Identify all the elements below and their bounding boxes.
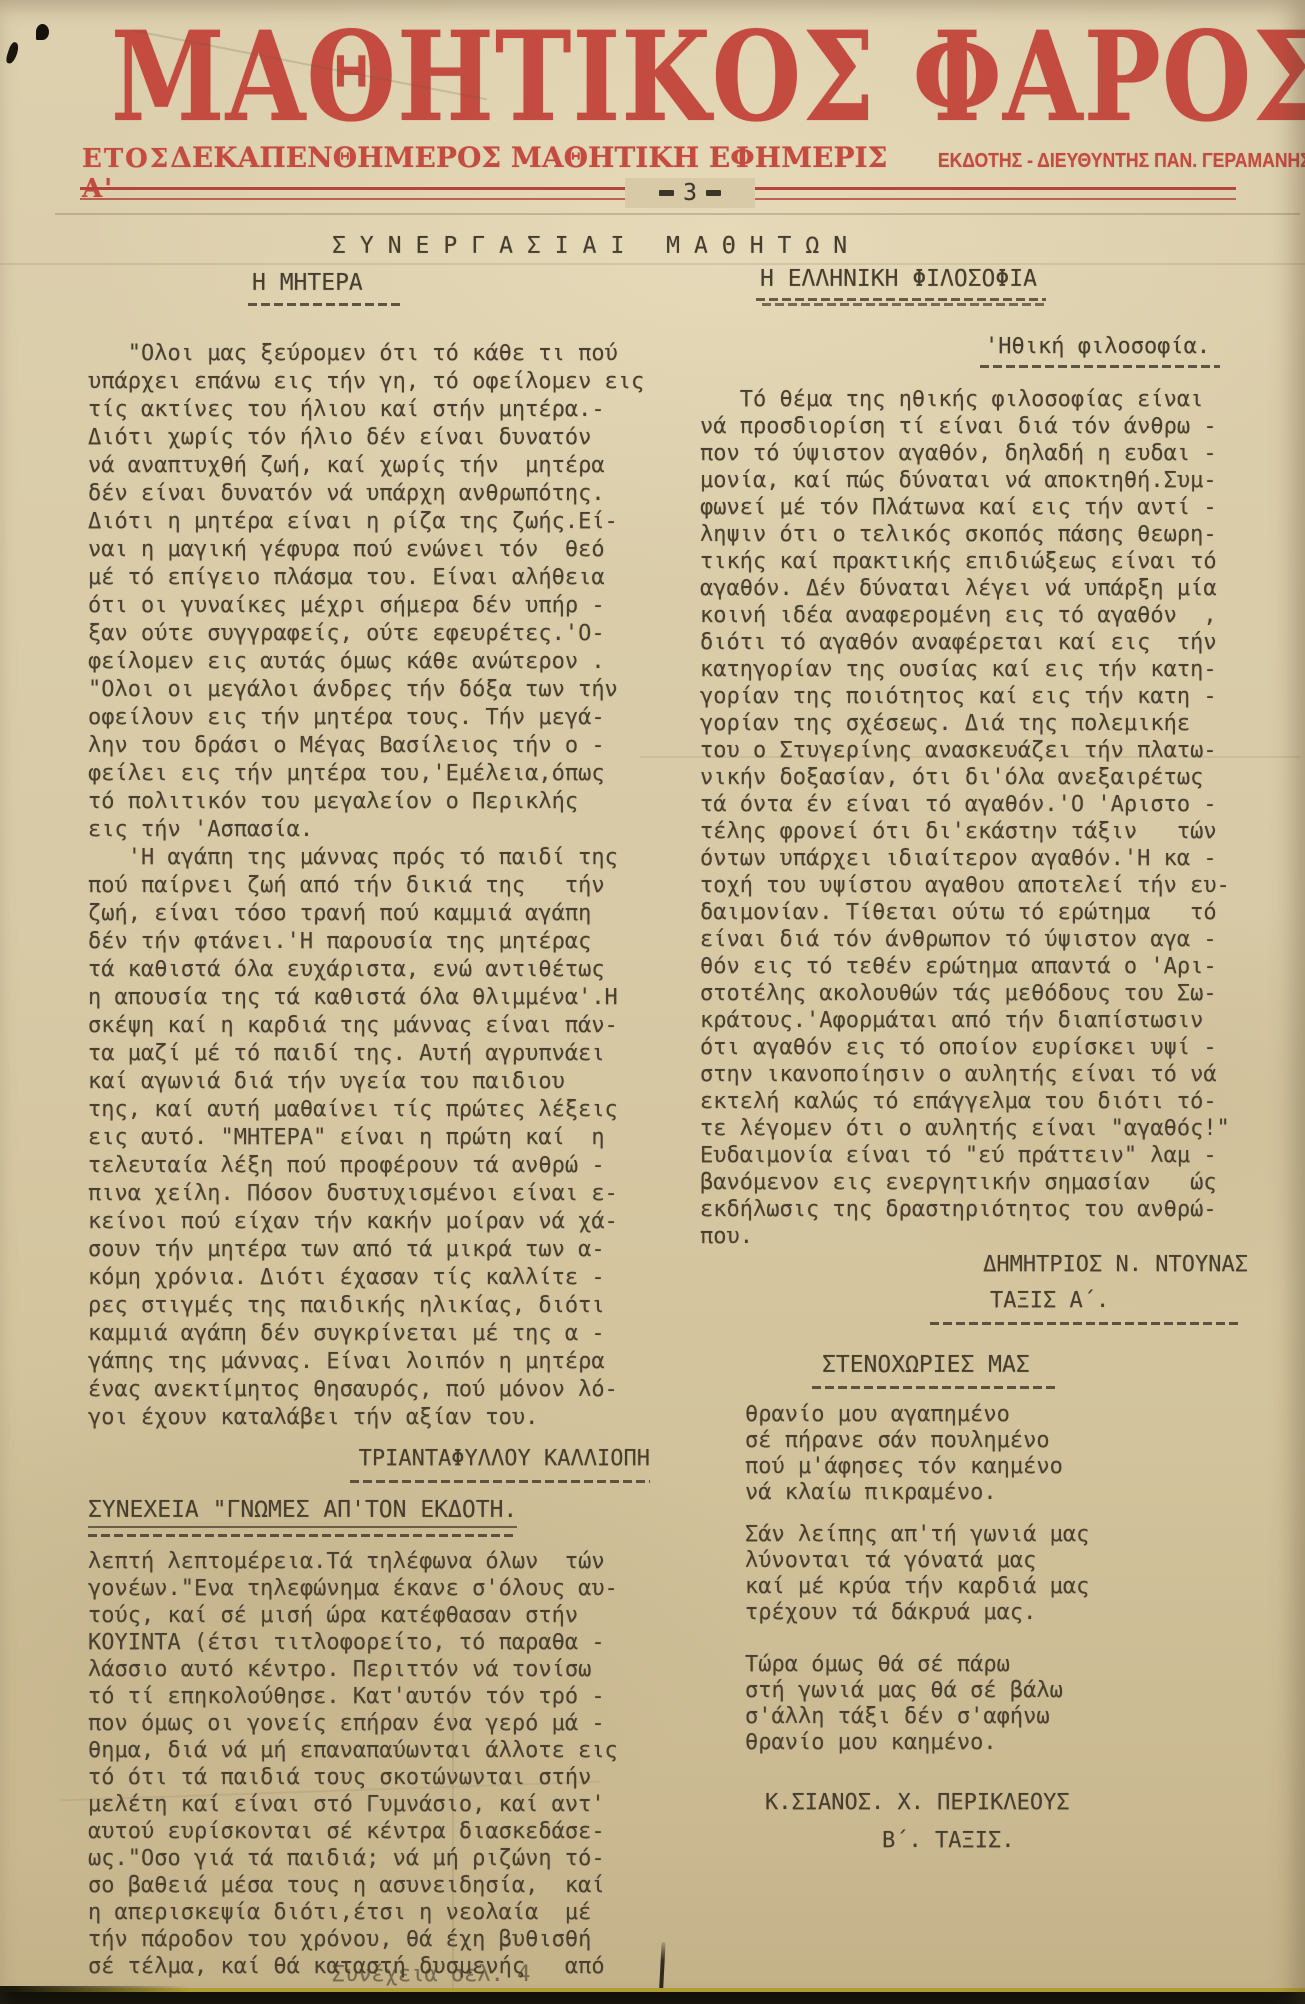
publisher-label: ΕΚΔΟΤΗΣ - ΔΙΕΥΘΥΝΤΗΣ ΠΑΝ. ΓΕΡΑΜΑΝΗΣ (938, 150, 1305, 173)
signature-kalliopi: ΤΡΙΑΝΤΑΦΥΛΛΟΥ ΚΑΛΛΙΟΠΗ (88, 1446, 650, 1471)
masthead-divider-rule: 3 (80, 187, 1236, 200)
scan-edge-corner (0, 1986, 190, 1994)
class-label-b: Β΄. ΤΑΞΙΣ. (882, 1828, 1014, 1853)
scan-faint-line (55, 213, 1300, 215)
section-banner: ΣΥΝΕΡΓΑΣΙΑΙ ΜΑΘΗΤΩΝ (332, 233, 861, 259)
article-title-mother: Η ΜΗΤΕΡΑ (252, 270, 363, 296)
scan-faint-line-2 (0, 263, 1305, 265)
article-title-philosophy-underline (756, 298, 1046, 306)
page-number-dash-left (659, 190, 674, 196)
article-title-editor-underline (88, 1534, 516, 1537)
article-subtitle-ethics-underline (980, 365, 1220, 368)
page-number: 3 (625, 178, 755, 208)
signature-dounas: ΔΗΜΗΤΡΙΟΣ Ν. ΝΤΟΥΝΑΣ (700, 1252, 1270, 1277)
newspaper-page: ΜΑΘΗΤΙΚΟΣ ΦΑΡΟΣ ΕΤΟΣ Α' ΔΕΚΑΠΕΝΘΗΜΕΡΟΣ Μ… (0, 0, 1305, 2004)
article-subtitle-ethics: 'Ηθική φιλοσοφία. (985, 334, 1210, 359)
poem-stanza-3: Τώρα όμως θά σέ πάρω στή γωνιά μας θά σέ… (745, 1652, 1225, 1756)
class-label-a-underline (930, 1322, 1240, 1325)
article-body-mother: "Ολοι μας ξεύρομεν ότι τό κάθε τι πού υπ… (88, 340, 654, 1432)
article-body-philosophy: Τό θέμα της ηθικής φιλοσοφίας είναι νά π… (700, 386, 1252, 1250)
poem-title: ΣΤΕΝΟΧΩΡΙΕΣ ΜΑΣ (822, 1352, 1030, 1378)
continuation-note: Συνέχεια σελ. 4 (150, 1962, 712, 1987)
poem-stanza-1: θρανίο μου αγαπημένο σέ πήρανε σάν πουλη… (745, 1402, 1225, 1506)
subtitle-label: ΔΕΚΑΠΕΝΘΗΜΕΡΟΣ ΜΑΘΗΤΙΚΗ ΕΦΗΜΕΡΙΣ (170, 141, 887, 174)
article-title-editor-continuation: ΣΥΝΕΧΕΙΑ "ΓΝΩΜΕΣ ΑΠ'ΤΟΝ ΕΚΔΟΤΗ. (88, 1497, 517, 1528)
signature-sianos: Κ.ΣΙΑΝΟΣ. Χ. ΠΕΡΙΚΛΕΟΥΣ (765, 1790, 1070, 1815)
poem-title-underline (812, 1386, 1058, 1389)
ink-mark-comma (5, 41, 20, 65)
page-number-value: 3 (683, 180, 697, 206)
ink-mark-dot (36, 24, 49, 40)
article-title-mother-underline (248, 303, 400, 306)
article-body-editor: λεπτή λεπτομέρεια.Τά τηλέφωνα όλων τών γ… (88, 1548, 654, 1980)
page-number-dash-right (706, 190, 721, 196)
masthead-title: ΜΑΘΗΤΙΚΟΣ ΦΑΡΟΣ (111, 16, 1194, 140)
class-label-a: ΤΑΞΙΣ Α΄. (990, 1288, 1109, 1313)
scan-edge-bottom (0, 1992, 1305, 2004)
poem-stanza-2: Σάν λείπης απ'τή γωνιά μας λύνονται τά γ… (745, 1522, 1225, 1626)
article-title-philosophy: Η ΕΛΛΗΝΙΚΗ ΦΙΛΟΣΟΦΙΑ (760, 266, 1037, 292)
signature-kalliopi-underline (350, 1480, 650, 1483)
